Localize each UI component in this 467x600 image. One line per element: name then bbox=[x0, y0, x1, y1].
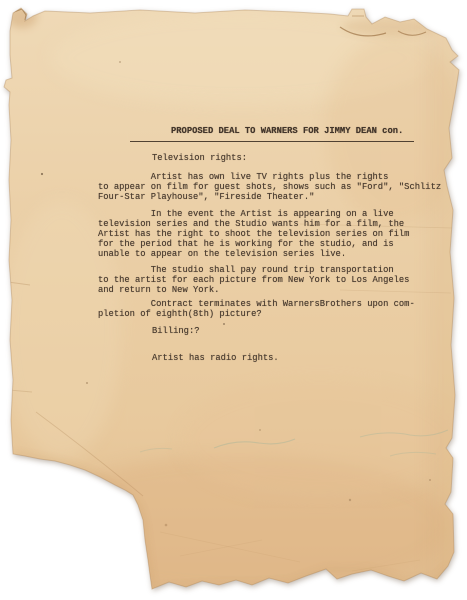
scanned-document-page: PROPOSED DEAL TO WARNERS FOR JIMMY DEAN … bbox=[0, 0, 467, 600]
torn-paper-sheet bbox=[0, 0, 467, 600]
